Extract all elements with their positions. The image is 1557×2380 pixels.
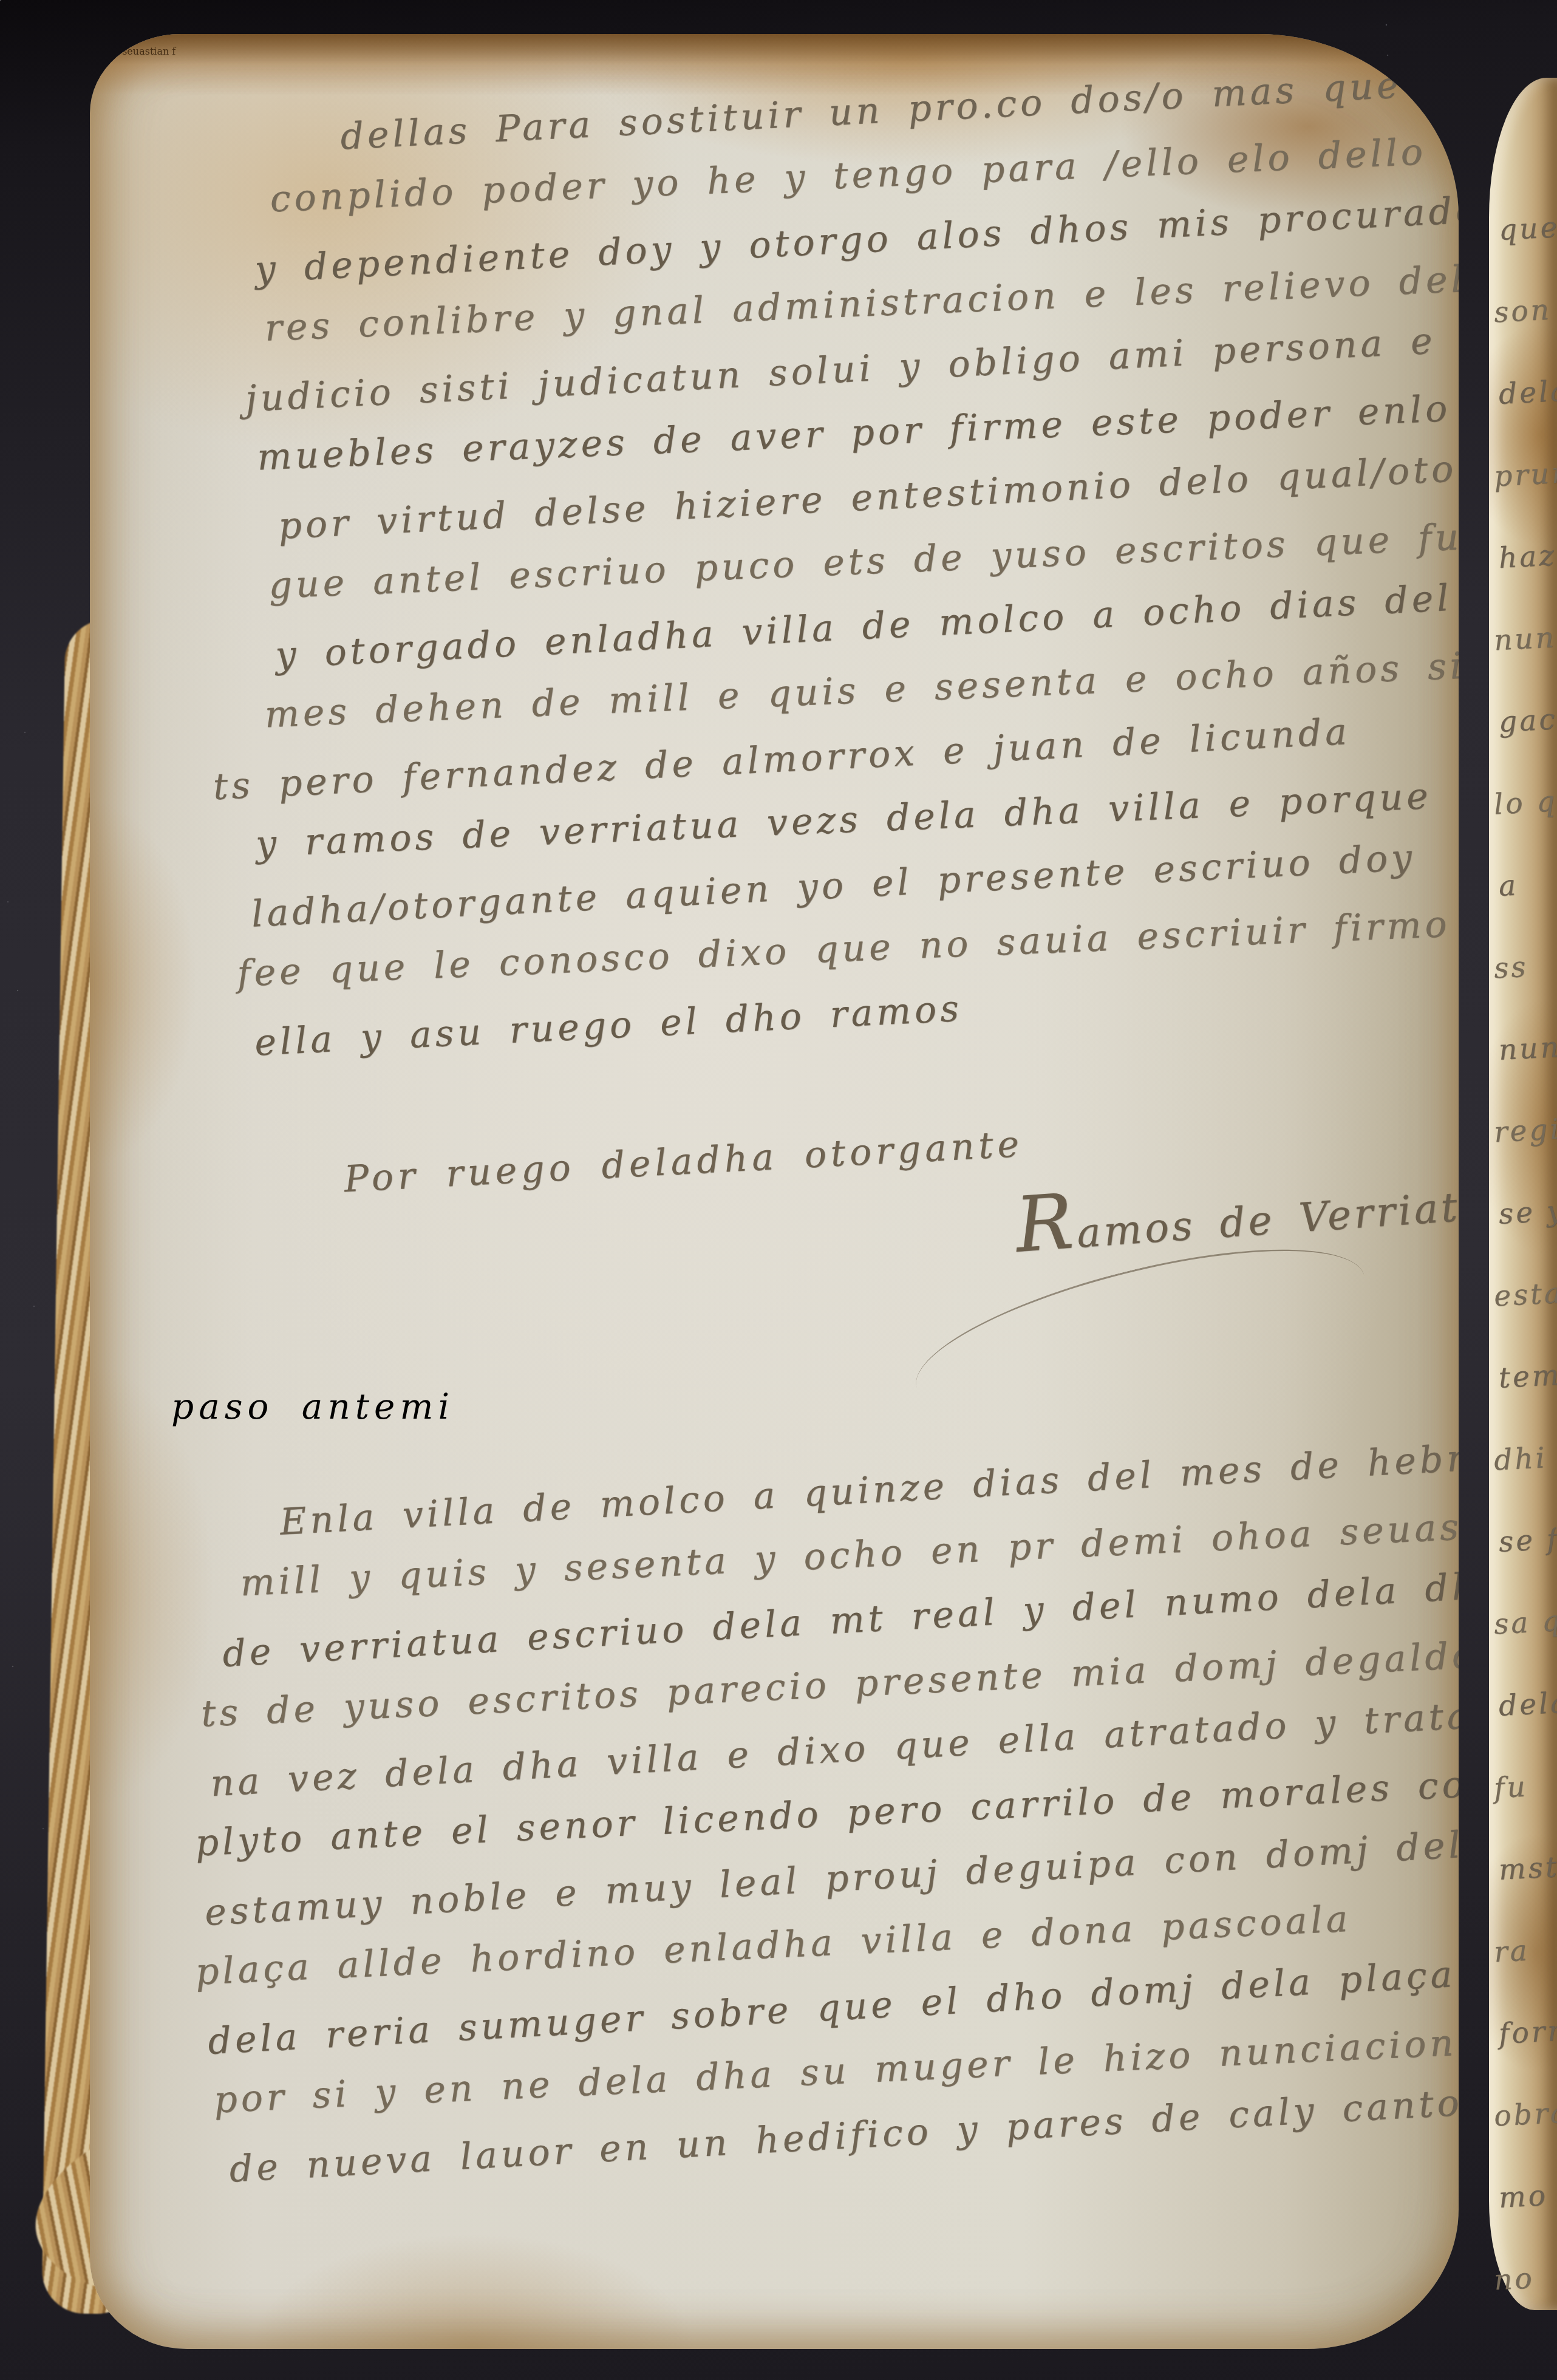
text-fragment: form — [1487, 1990, 1557, 2076]
text-fragment: son e — [1487, 268, 1557, 354]
text-fragment: nun — [1487, 1006, 1557, 1092]
text-fragment: fu — [1487, 1744, 1557, 1830]
right-page-edge: que son e dela prun haze nun gac lo q a … — [1489, 78, 1557, 2310]
text-block-secondary: Enla villa de molco a quinze dias del me… — [242, 1421, 1459, 2195]
text-fragment: lo q — [1487, 760, 1557, 846]
text-fragment: dela — [1487, 1662, 1557, 1748]
text-fragment: mo — [1487, 2154, 1557, 2240]
paso-antemi-line: paso antemi — [171, 1386, 454, 1427]
right-page-text-fragments: que son e dela prun haze nun gac lo q a … — [1489, 188, 1557, 2320]
text-block-primary: dellas Para sostituir un pro.co dos/o ma… — [242, 46, 1459, 1071]
text-fragment: prun — [1487, 432, 1557, 518]
signature-ramos-de-verriatua: Ramos de Verriatua — [1015, 1179, 1459, 1261]
text-fragment: ss — [1487, 924, 1557, 1010]
attestation-line: Por ruego deladha otorgante — [343, 1123, 1024, 1201]
text-fragment: se y — [1487, 1170, 1557, 1256]
text-fragment: no — [1487, 2236, 1557, 2322]
text-fragment: dhi — [1487, 1416, 1557, 1502]
manuscript-photo: que son e dela prun haze nun gac lo q a … — [0, 0, 1557, 2380]
text-fragment: regi — [1487, 1088, 1557, 1174]
text-fragment: tema — [1487, 1334, 1557, 1420]
text-fragment: nun — [1487, 596, 1557, 682]
text-fragment: msta — [1487, 1826, 1557, 1912]
text-fragment: a — [1487, 842, 1557, 928]
text-fragment: dela — [1487, 350, 1557, 436]
text-fragment: obra — [1487, 2072, 1557, 2158]
text-fragment: ra — [1487, 1908, 1557, 1994]
left-page: dellas Para sostituir un pro.co dos/o ma… — [90, 34, 1459, 2349]
dust-specks — [0, 0, 1, 1]
text-fragment: esta — [1487, 1252, 1557, 1338]
text-fragment: haze — [1487, 514, 1557, 600]
text-fragment: se fu — [1487, 1498, 1557, 1584]
text-fragment: que — [1487, 186, 1557, 272]
text-fragment: sa qu — [1487, 1580, 1557, 1666]
text-fragment: gac — [1487, 678, 1557, 764]
